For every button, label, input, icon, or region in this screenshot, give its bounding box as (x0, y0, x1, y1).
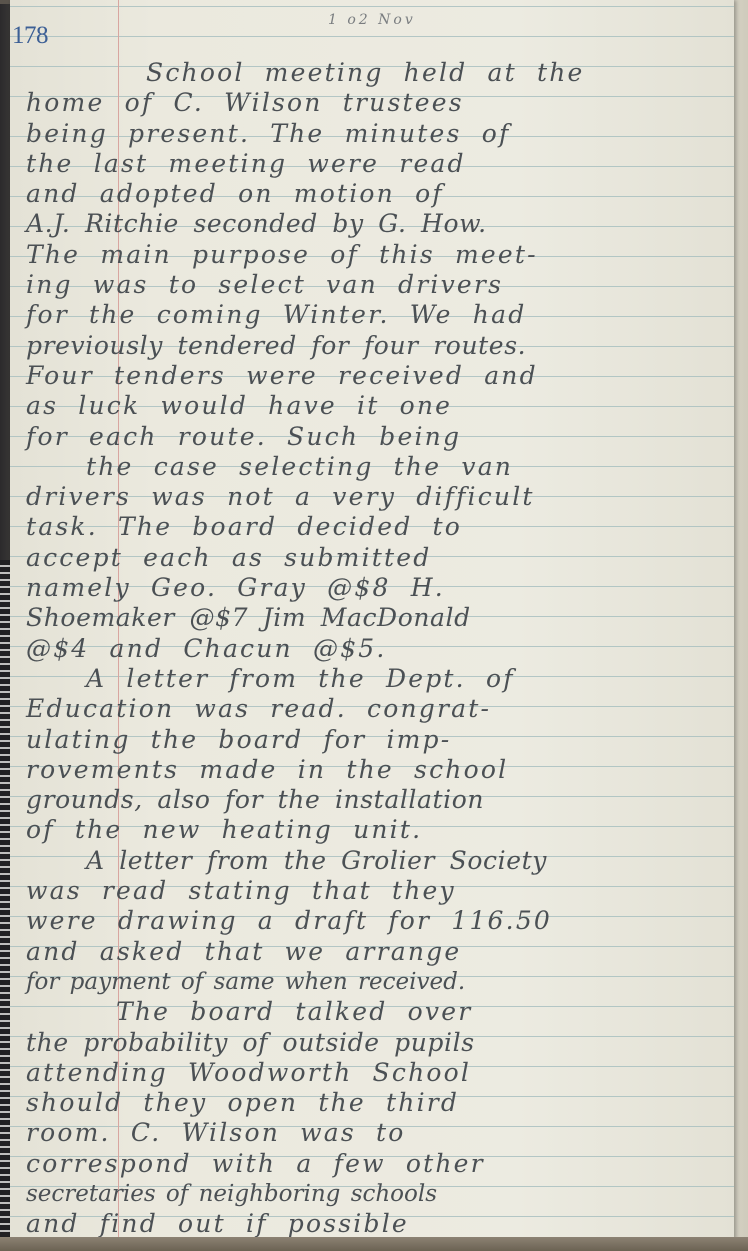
text-line: drivers was not a very difficult (26, 482, 734, 512)
header-note: 1 o2 Nov (328, 12, 416, 28)
text-line: for payment of same when received. (26, 967, 734, 997)
text-line: the probability of outside pupils (26, 1028, 734, 1058)
text-line: ing was to select van drivers (26, 270, 734, 300)
text-line: School meeting held at the (26, 58, 734, 88)
text-line: previously tendered for four routes. (26, 331, 734, 361)
text-line: as luck would have it one (26, 391, 734, 421)
text-line: correspond with a few other (26, 1149, 734, 1179)
text-line: home of C. Wilson trustees (26, 88, 734, 118)
text-line: for each route. Such being (26, 422, 734, 452)
page-number: 178 (12, 22, 48, 50)
handwritten-minutes: School meeting held at the home of C. Wi… (26, 58, 734, 1240)
text-line: were drawing a draft for 116.50 (26, 906, 734, 936)
text-line: was read stating that they (26, 876, 734, 906)
text-line: the case selecting the van (26, 452, 734, 482)
text-line: Four tenders were received and (26, 361, 734, 391)
text-line: secretaries of neighboring schools (26, 1179, 734, 1209)
text-line: ulating the board for imp- (26, 725, 734, 755)
text-line: for the coming Winter. We had (26, 300, 734, 330)
text-line: accept each as submitted (26, 543, 734, 573)
text-line: task. The board decided to (26, 512, 734, 542)
text-line: The main purpose of this meet- (26, 240, 734, 270)
text-line: grounds, also for the installation (26, 785, 734, 815)
text-line: should they open the third (26, 1088, 734, 1118)
text-line: A.J. Ritchie seconded by G. How. (26, 209, 734, 239)
text-line: room. C. Wilson was to (26, 1118, 734, 1148)
book-bottom-edge (0, 1237, 748, 1251)
text-line: A letter from the Dept. of (26, 664, 734, 694)
text-line: and find out if possible (26, 1209, 734, 1239)
text-line: Education was read. congrat- (26, 694, 734, 724)
text-line: rovements made in the school (26, 755, 734, 785)
text-line: @$4 and Chacun @$5. (26, 634, 734, 664)
text-line: and asked that we arrange (26, 937, 734, 967)
text-line: attending Woodworth School (26, 1058, 734, 1088)
ledger-page: 178 1 o2 Nov School meeting held at the … (10, 0, 734, 1240)
text-line: being present. The minutes of (26, 119, 734, 149)
photo-scene: 178 1 o2 Nov School meeting held at the … (0, 0, 748, 1251)
text-line: of the new heating unit. (26, 815, 734, 845)
text-line: and adopted on motion of (26, 179, 734, 209)
text-line: A letter from the Grolier Society (26, 846, 734, 876)
text-line: The board talked over (26, 997, 734, 1027)
text-line: namely Geo. Gray @$8 H. (26, 573, 734, 603)
text-line: the last meeting were read (26, 149, 734, 179)
text-line: Shoemaker @$7 Jim MacDonald (26, 603, 734, 633)
